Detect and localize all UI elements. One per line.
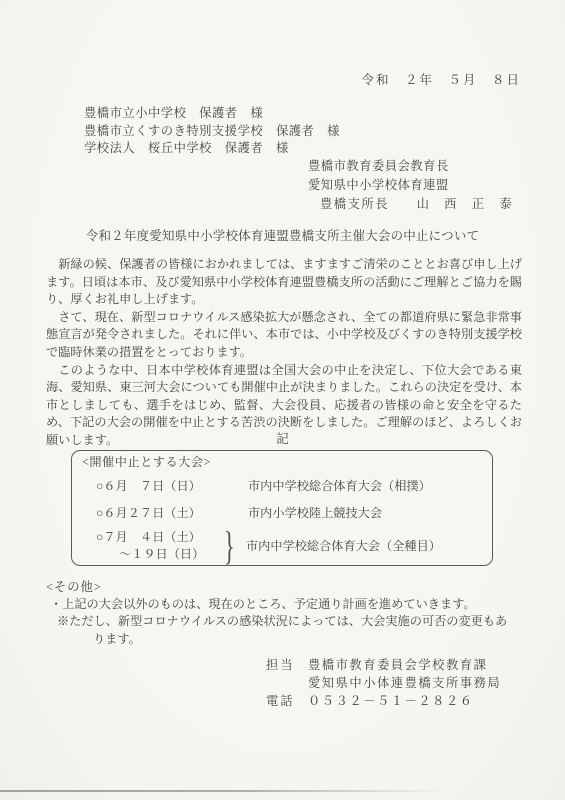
contact-row: 愛知県中小体連豊橋支所事務局: [266, 674, 501, 692]
event-name: 市内中学校総合体育大会（相撲）: [248, 478, 431, 495]
cancelled-events-box: <開催中止とする大会> ○６月 ７日（日） 市内中学校総合体育大会（相撲） ○６…: [71, 450, 493, 566]
record-mark: 記: [0, 429, 565, 447]
event-date-start: ○７月 ４日（土）: [96, 529, 224, 546]
sender-org-line: 愛知県中小学校体育連盟: [308, 176, 513, 195]
others-heading: <その他>: [46, 578, 526, 596]
box-heading: <開催中止とする大会>: [82, 454, 482, 471]
event-item: ○６月２７日（土） 市内小学校陸上競技大会: [96, 505, 482, 522]
event-date-range: ○７月 ４日（土） ～１９日（日）: [96, 529, 224, 563]
contact-label: 担当: [266, 656, 308, 674]
event-name: 市内小学校陸上競技大会: [248, 505, 382, 522]
sender-block: 豊橋市教育委員会教育長 愛知県中小学校体育連盟 豊橋支所長 山 西 正 泰: [308, 157, 513, 214]
event-date: ○６月 ７日（日）: [96, 478, 248, 495]
body-paragraph: 新緑の候、保護者の皆様におかれましては、ますますご清栄のこととお喜び申し上げます…: [46, 256, 522, 309]
sender-org-line: 豊橋市教育委員会教育長: [308, 157, 513, 176]
body-paragraph: さて、現在、新型コロナウイルス感染拡大が懸念され、全ての都道府県に緊急非常事態宣…: [46, 309, 522, 362]
addressee-line: 豊橋市立小中学校 保護者 様: [84, 105, 340, 123]
addressee-line: 学校法人 桜丘中学校 保護者 様: [84, 140, 340, 158]
note-line: ります。: [46, 631, 526, 648]
others-section: <その他> ・上記の大会以外のものは、現在のところ、予定通り計画を進めていきます…: [46, 578, 526, 648]
event-name: 市内中学校総合体育大会（全種目）: [246, 538, 441, 555]
note-line: ・上記の大会以外のものは、現在のところ、予定通り計画を進めていきます。: [46, 596, 526, 613]
addressee-line: 豊橋市立くすのき特別支援学校 保護者 様: [84, 123, 340, 141]
note-line: ※ただし、新型コロナウイルスの感染状況によっては、大会実施の可否の変更もあ: [46, 613, 526, 630]
document-title: 令和２年度愛知県中小学校体育連盟豊橋支所主催大会の中止について: [0, 226, 565, 244]
scanned-notice-page: 令和 ２年 ５月 ８日 豊橋市立小中学校 保護者 様 豊橋市立くすのき特別支援学…: [0, 0, 565, 800]
body-text: 新緑の候、保護者の皆様におかれましては、ますますご清栄のこととお喜び申し上げます…: [46, 256, 522, 450]
contact-row: 電話 ０５３２－５１－２８２６: [266, 692, 501, 710]
scan-edge-line: [0, 790, 445, 792]
event-date: ○６月２７日（土）: [96, 505, 248, 522]
event-item: ○６月 ７日（日） 市内中学校総合体育大会（相撲）: [96, 478, 482, 495]
sender-chief-signature: 豊橋支所長 山 西 正 泰: [308, 195, 513, 214]
event-date-end: ～１９日（日）: [96, 546, 224, 563]
contact-line: 愛知県中小体連豊橋支所事務局: [266, 674, 501, 692]
contact-block: 担当 豊橋市教育委員会学校教育課 愛知県中小体連豊橋支所事務局 電話 ０５３２－…: [266, 656, 501, 710]
brace-icon: }: [224, 529, 237, 563]
contact-row: 担当 豊橋市教育委員会学校教育課: [266, 656, 501, 674]
phone-number: ０５３２－５１－２８２６: [308, 692, 474, 710]
date-line: 令和 ２年 ５月 ８日: [361, 70, 521, 88]
phone-label: 電話: [266, 692, 308, 710]
event-item: ○７月 ４日（土） ～１９日（日） } 市内中学校総合体育大会（全種目）: [96, 529, 482, 563]
addressee-block: 豊橋市立小中学校 保護者 様 豊橋市立くすのき特別支援学校 保護者 様 学校法人…: [84, 105, 340, 158]
contact-line: 豊橋市教育委員会学校教育課: [308, 656, 487, 674]
